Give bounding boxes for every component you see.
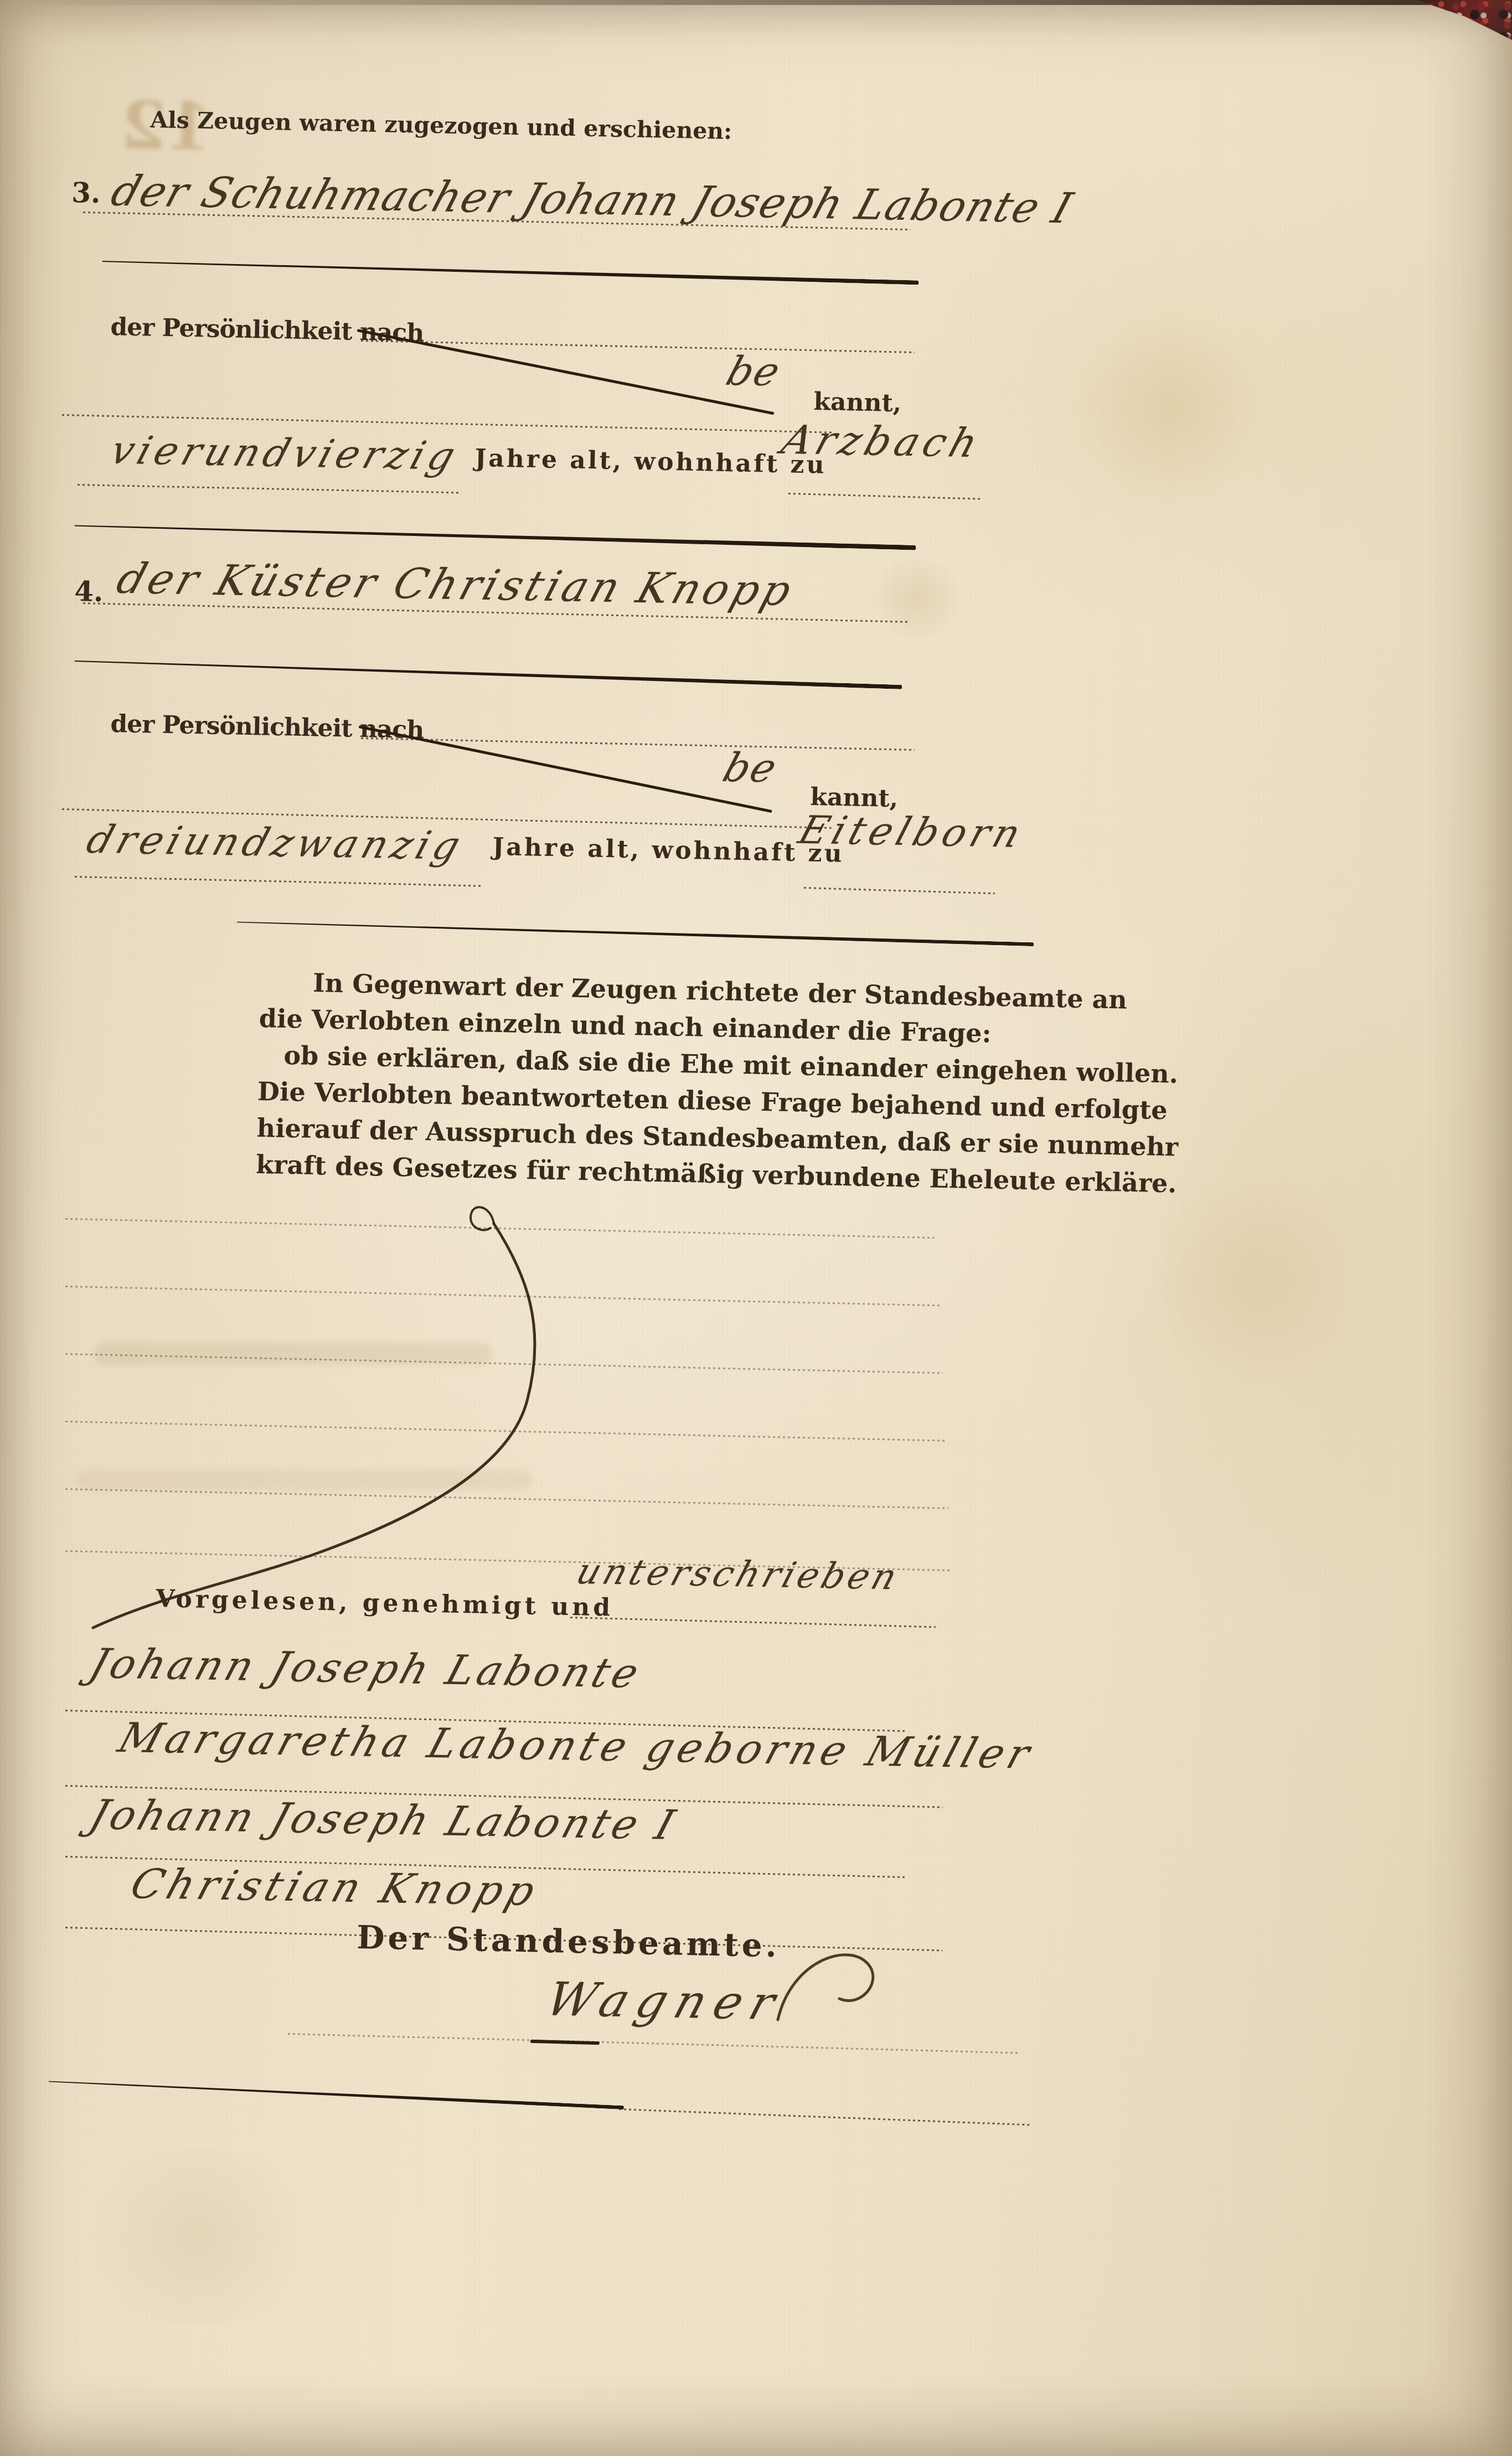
signature-witness3: Johann Joseph Labonte I: [84, 1791, 684, 1849]
separator-rule: [75, 523, 916, 550]
separator-rule: [102, 259, 919, 285]
witness3-age-printed: Jahre alt, wohnhaft zu: [474, 444, 827, 479]
paper-stain: [1069, 310, 1268, 509]
witness4-age-printed: Jahre alt, wohnhaft zu: [492, 833, 844, 868]
registrar-signature: Wagner: [540, 1972, 791, 2030]
cancellation-stroke: [357, 329, 775, 415]
witness3-identity-printed-suffix: kannt,: [813, 388, 902, 417]
dotted-writing-line: [788, 493, 982, 500]
registrar-title: Der Standesbeamte.: [357, 1918, 781, 1964]
book-edge-shadow: [0, 0, 1512, 5]
marbled-cover-corner: [1401, 0, 1512, 40]
signature-groom: Johann Joseph Labonte: [84, 1640, 648, 1697]
closing-handwritten: unterschrieben: [571, 1551, 905, 1598]
separator-rule: [237, 920, 1034, 946]
dotted-writing-line: [619, 2108, 1031, 2126]
paper-stain: [72, 2148, 327, 2325]
separator-rule: [75, 659, 902, 689]
cancellation-stroke: [358, 725, 772, 813]
dotted-writing-line: [288, 2033, 1019, 2054]
witness3-identity-handwritten: be: [721, 348, 786, 395]
witness4-age-handwritten: dreiundzwanzig: [81, 817, 470, 869]
dotted-writing-line: [75, 876, 482, 887]
witness4-identity-handwritten: be: [718, 744, 783, 791]
dotted-writing-line: [570, 1617, 936, 1628]
witness3-number: 3.: [71, 176, 101, 209]
signature-witness4: Christian Knopp: [125, 1860, 545, 1915]
witness3-identity-printed: der Persönlichkeit nach: [110, 313, 424, 347]
paper-stain: [1163, 1152, 1345, 1406]
dotted-writing-line: [804, 887, 995, 894]
dotted-writing-line: [78, 484, 460, 493]
paper-stain: [864, 559, 969, 637]
declaration-paragraph: In Gegenwart der Zeugen richtete der Sta…: [256, 963, 1182, 1202]
register-page: 12 Als Zeugen waren zugezogen und erschi…: [0, 0, 1512, 2456]
signature-bride: Margaretha Labonte geborne Müller: [113, 1714, 1040, 1778]
cancellation-curve: [44, 1185, 609, 1644]
form-header: Als Zeugen waren zugezogen und erschiene…: [150, 106, 732, 145]
bottom-rule: [49, 2080, 624, 2109]
witness3-residence-handwritten: Arzbach: [776, 416, 988, 466]
witness4-residence-handwritten: Eitelborn: [793, 807, 1030, 856]
signature-flourish: [770, 1937, 886, 2031]
witness3-age-handwritten: vierundvierzig: [105, 427, 465, 479]
